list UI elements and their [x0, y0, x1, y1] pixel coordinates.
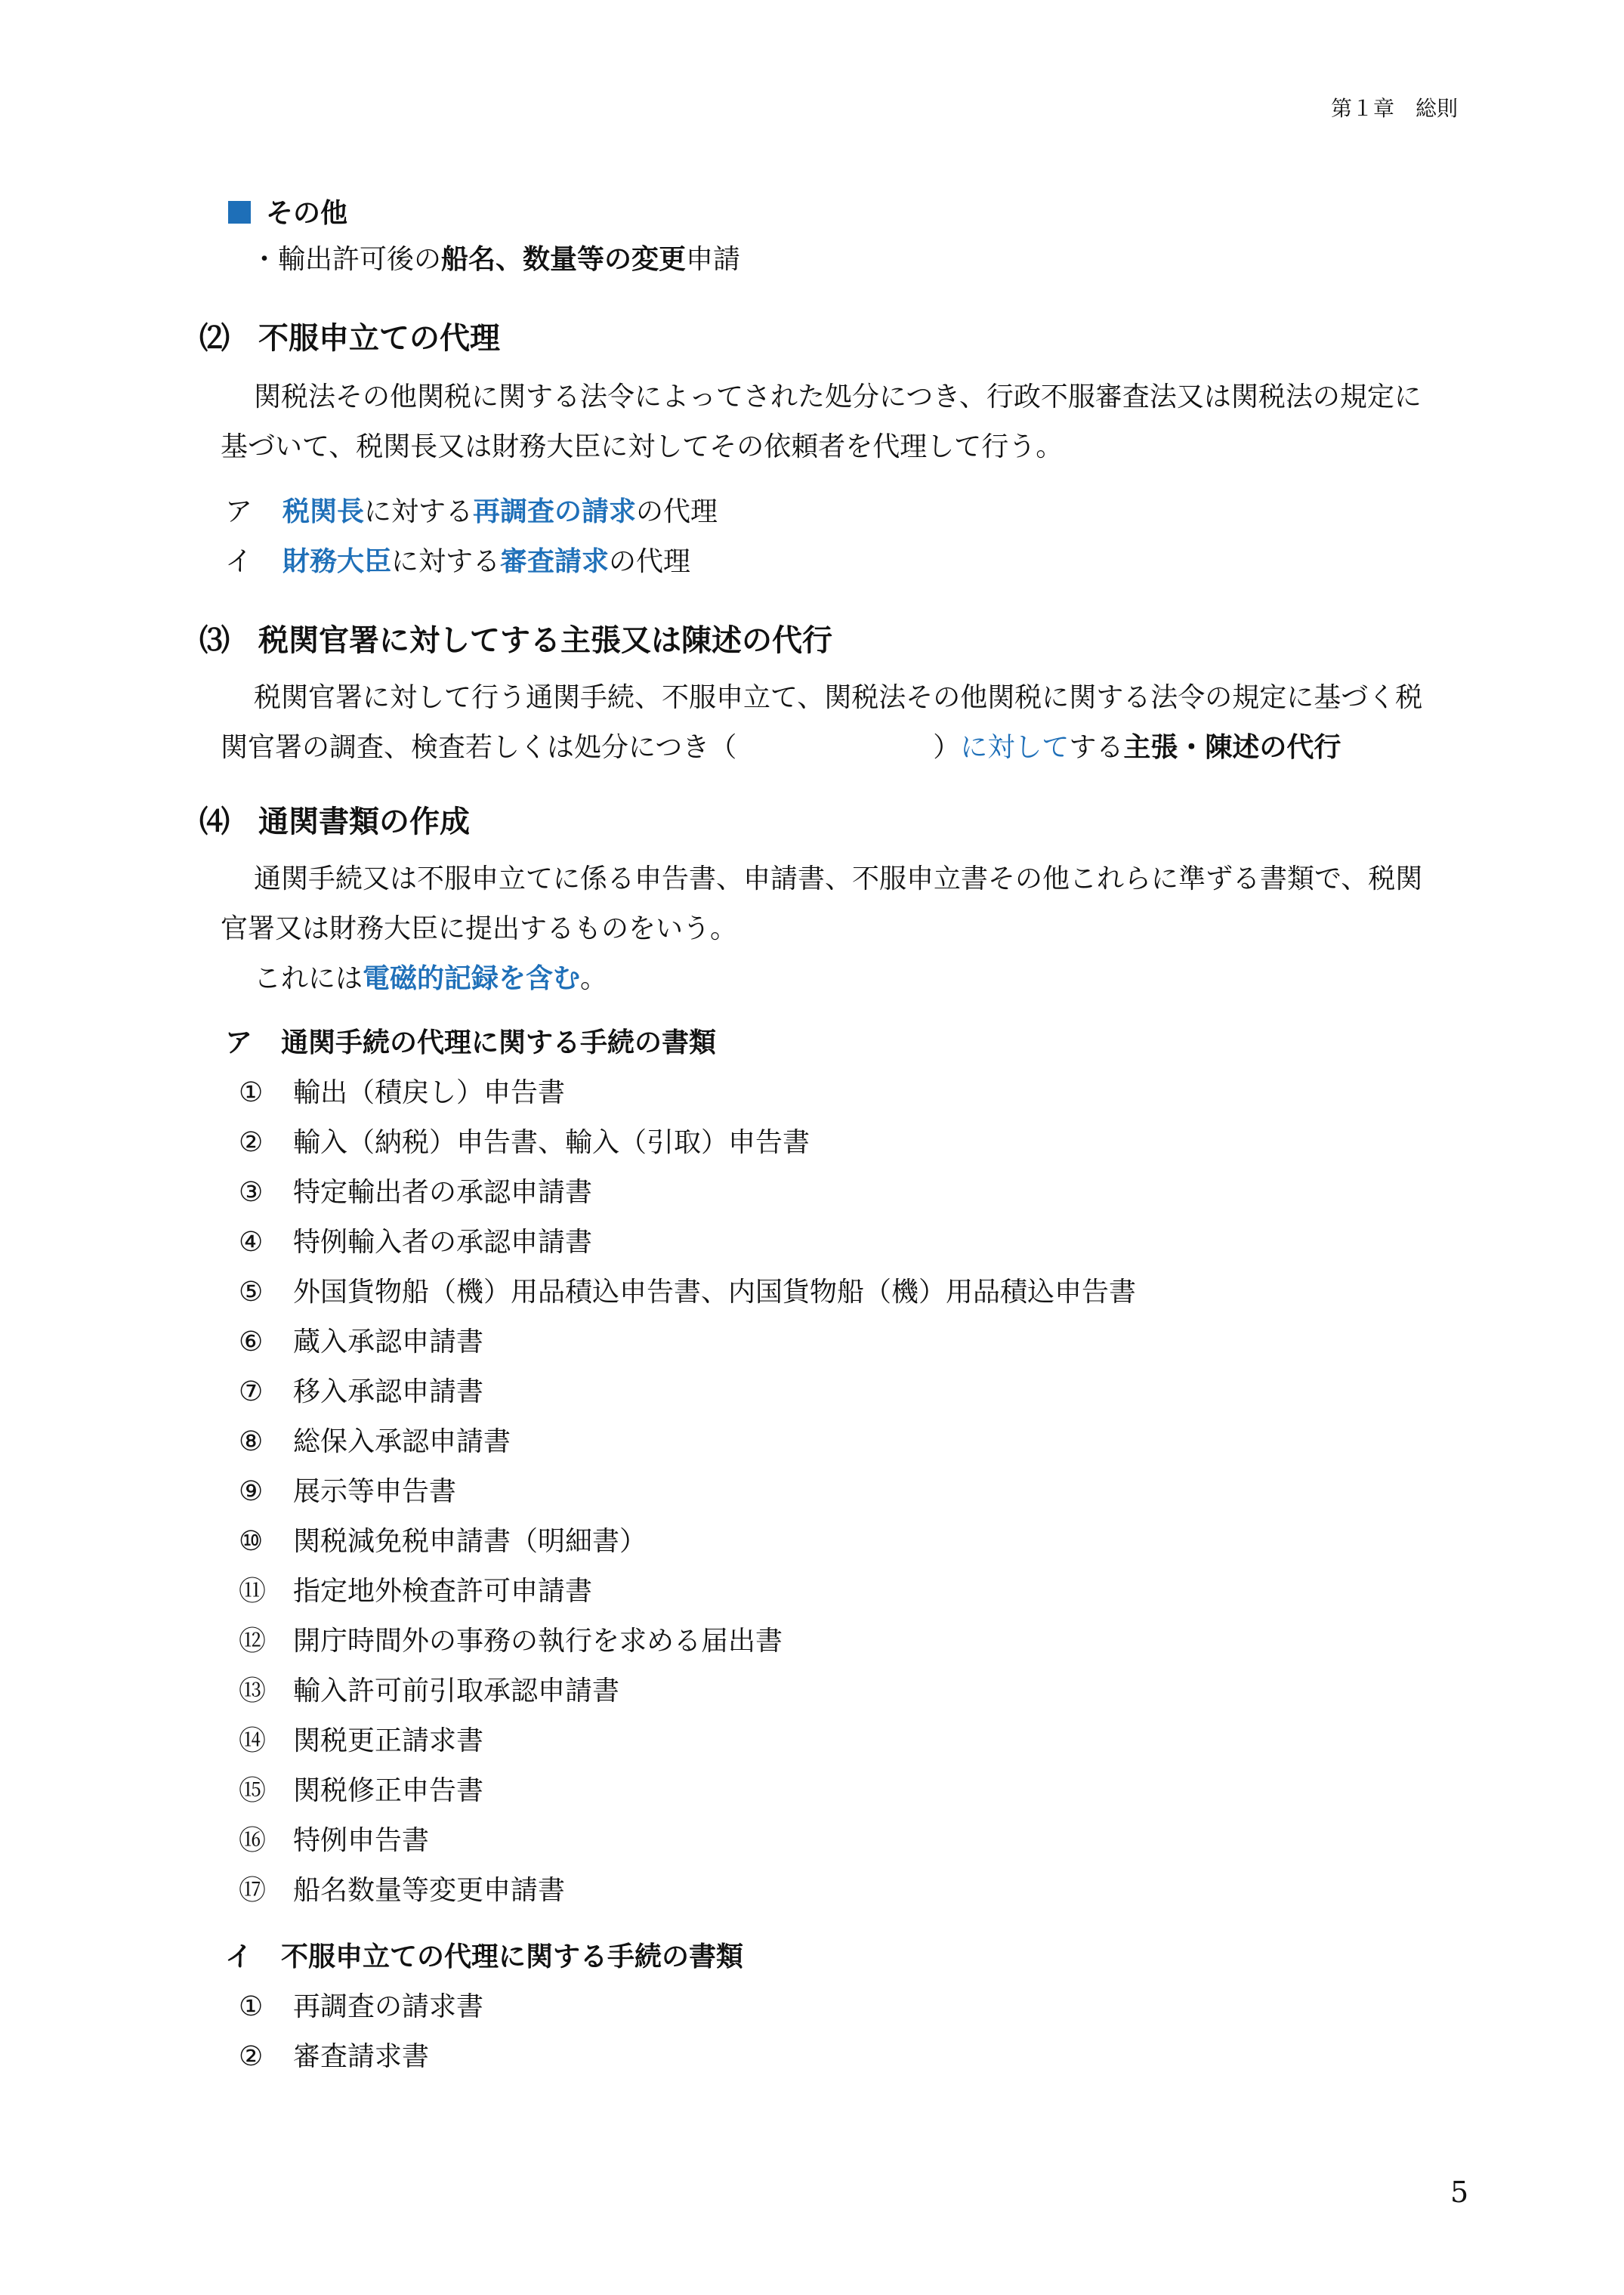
item-text: 特例輸入者の承認申請書: [293, 1227, 592, 1258]
chapter-title: 総則: [1416, 96, 1458, 121]
item-number: ⑧: [239, 1426, 293, 1457]
para-text: 。: [580, 963, 607, 994]
section-4-heading: ⑷通関書類の作成: [199, 798, 470, 841]
item-keyword: 税関長: [283, 496, 364, 527]
list-item: ⑯特例申告書: [239, 1819, 429, 1858]
para-text: する: [1069, 732, 1123, 763]
item-number: ③: [239, 1177, 293, 1208]
section-3-heading: ⑶税関官署に対してする主張又は陳述の代行: [199, 616, 832, 659]
bullet-suffix: 申請: [686, 244, 740, 275]
section-4-para-line2: 官署又は財務大臣に提出するものをいう。: [221, 903, 737, 955]
bullet-prefix: ・輸出許可後の: [251, 244, 441, 275]
item-number: ⑥: [239, 1327, 293, 1358]
item-text: 外国貨物船（機）用品積込申告書、内国貨物船（機）用品積込申告書: [293, 1277, 1136, 1308]
section-title: 通関書類の作成: [258, 805, 470, 839]
item-number: ②: [239, 2041, 293, 2072]
list-item: ⑨展示等申告書: [239, 1470, 456, 1509]
item-keyword: 再調査の請求: [473, 496, 636, 527]
list-item: ④特例輸入者の承認申請書: [239, 1221, 592, 1259]
item-number: ①: [239, 1991, 293, 2022]
item-text: 関税修正申告書: [293, 1775, 483, 1806]
item-number: ⑯: [239, 1819, 293, 1858]
item-number: ⑬: [239, 1670, 293, 1708]
section-number: ⑷: [199, 798, 258, 841]
item-keyword: 審査請求: [500, 546, 609, 577]
subsection-title: 不服申立ての代理に関する手続の書類: [281, 1941, 743, 1972]
item-number: ④: [239, 1227, 293, 1258]
subsection-title: 通関手続の代理に関する手続の書類: [281, 1027, 716, 1058]
section-title: 税関官署に対してする主張又は陳述の代行: [258, 623, 832, 658]
item-text: 関税更正請求書: [293, 1725, 483, 1756]
list-item: ⑮関税修正申告書: [239, 1769, 483, 1808]
item-number: ⑩: [239, 1526, 293, 1557]
blank-open-paren: （: [709, 732, 736, 763]
section-other-title: その他: [266, 198, 347, 229]
list-item: ⑪指定地外検査許可申請書: [239, 1570, 592, 1608]
list-item: ⑰船名数量等変更申請書: [239, 1869, 565, 1907]
list-item: ⑧総保入承認申請書: [239, 1420, 511, 1459]
para-bold: 主張・陳述の代行: [1123, 732, 1341, 763]
item-text: 輸出（積戻し）申告書: [293, 1077, 565, 1108]
chapter-number: 第１章: [1331, 96, 1394, 121]
list-item: ②審査請求書: [239, 2035, 429, 2074]
item-number: ⑰: [239, 1869, 293, 1907]
list-item: ①再調査の請求書: [239, 1985, 483, 2024]
subsection-i-heading: イ不服申立ての代理に関する手続の書類: [225, 1935, 743, 1974]
para-text: 関官署の調査、検査若しくは処分につき: [221, 732, 709, 763]
item-keyword: 財務大臣: [283, 546, 391, 577]
para-keyword: に対して: [960, 732, 1069, 763]
section-other-heading: その他: [228, 192, 347, 230]
section-number: ⑶: [199, 616, 258, 659]
section-2-item-a: ア税関長に対する再調査の請求の代理: [225, 486, 718, 538]
item-kana: ア: [225, 486, 283, 538]
item-number: ⑫: [239, 1620, 293, 1658]
subsection-kana: ア: [225, 1021, 281, 1060]
item-number: ⑨: [239, 1476, 293, 1507]
item-number: ①: [239, 1077, 293, 1108]
item-text: 輸入（納税）申告書、輸入（引取）申告書: [293, 1127, 810, 1158]
section-2-heading: ⑵不服申立ての代理: [199, 314, 500, 357]
item-text: 特定輸出者の承認申請書: [293, 1177, 592, 1208]
list-item: ⑥蔵入承認申請書: [239, 1320, 483, 1359]
item-text: に対する: [391, 546, 500, 577]
list-item: ⑬輸入許可前引取承認申請書: [239, 1670, 619, 1708]
list-item: ③特定輸出者の承認申請書: [239, 1171, 592, 1209]
list-item: ①輸出（積戻し）申告書: [239, 1071, 565, 1110]
item-text: 移入承認申請書: [293, 1376, 483, 1407]
para-keyword: 電磁的記録を含む: [363, 963, 580, 994]
item-number: ⑤: [239, 1277, 293, 1308]
list-item: ②輸入（納税）申告書、輸入（引取）申告書: [239, 1121, 810, 1160]
list-item: ⑩関税減免税申請書（明細書）: [239, 1520, 647, 1558]
item-number: ⑮: [239, 1769, 293, 1808]
item-number: ⑪: [239, 1570, 293, 1608]
list-item: ⑤外国貨物船（機）用品積込申告書、内国貨物船（機）用品積込申告書: [239, 1271, 1136, 1309]
blue-square-icon: [228, 201, 251, 224]
item-number: ⑦: [239, 1376, 293, 1407]
blank-close-paren: ）: [933, 732, 960, 763]
section-2-item-i: イ財務大臣に対する審査請求の代理: [225, 536, 690, 588]
item-text: 蔵入承認申請書: [293, 1327, 483, 1358]
section-other-bullet: ・輸出許可後の船名、数量等の変更申請: [251, 234, 740, 286]
section-3-para-line2: 関官署の調査、検査若しくは処分につき（）に対してする主張・陳述の代行: [221, 722, 1341, 774]
item-text: 開庁時間外の事務の執行を求める届出書: [293, 1626, 783, 1657]
section-4-para-line1: 通関手続又は不服申立てに係る申告書、申請書、不服申立書その他これらに準ずる書類で…: [254, 854, 1422, 905]
list-item: ⑫開庁時間外の事務の執行を求める届出書: [239, 1620, 783, 1658]
section-title: 不服申立ての代理: [258, 321, 500, 356]
bullet-bold: 船名、数量等の変更: [441, 244, 686, 275]
section-3-para-line1: 税関官署に対して行う通関手続、不服申立て、関税法その他関税に関する法令の規定に基…: [254, 672, 1422, 724]
item-text: 展示等申告書: [293, 1476, 456, 1507]
list-item: ⑭関税更正請求書: [239, 1719, 483, 1758]
para-text: これには: [254, 963, 363, 994]
section-number: ⑵: [199, 314, 258, 357]
section-2-para-line1: 関税法その他関税に関する法令によってされた処分につき、行政不服審査法又は関税法の…: [254, 372, 1422, 423]
item-text: の代理: [636, 496, 718, 527]
item-number: ②: [239, 1127, 293, 1158]
running-header: 第１章 総則: [1331, 92, 1458, 122]
page-number: 5: [1450, 2176, 1468, 2209]
item-text: に対する: [364, 496, 473, 527]
subsection-kana: イ: [225, 1935, 281, 1974]
item-kana: イ: [225, 536, 283, 588]
item-text: 再調査の請求書: [293, 1991, 483, 2022]
item-text: 輸入許可前引取承認申請書: [293, 1676, 619, 1707]
item-text: 特例申告書: [293, 1825, 429, 1856]
item-text: 指定地外検査許可申請書: [293, 1576, 592, 1607]
item-text: 船名数量等変更申請書: [293, 1875, 565, 1906]
list-item: ⑦移入承認申請書: [239, 1370, 483, 1409]
item-text: 関税減免税申請書（明細書）: [293, 1526, 647, 1557]
item-text: 審査請求書: [293, 2041, 429, 2072]
item-text: の代理: [609, 546, 690, 577]
section-4-para-line3: これには電磁的記録を含む。: [254, 953, 607, 1005]
item-number: ⑭: [239, 1719, 293, 1758]
item-text: 総保入承認申請書: [293, 1426, 511, 1457]
section-2-para-line2: 基づいて、税関長又は財務大臣に対してその依頼者を代理して行う。: [221, 422, 1063, 473]
subsection-a-heading: ア通関手続の代理に関する手続の書類: [225, 1021, 716, 1060]
